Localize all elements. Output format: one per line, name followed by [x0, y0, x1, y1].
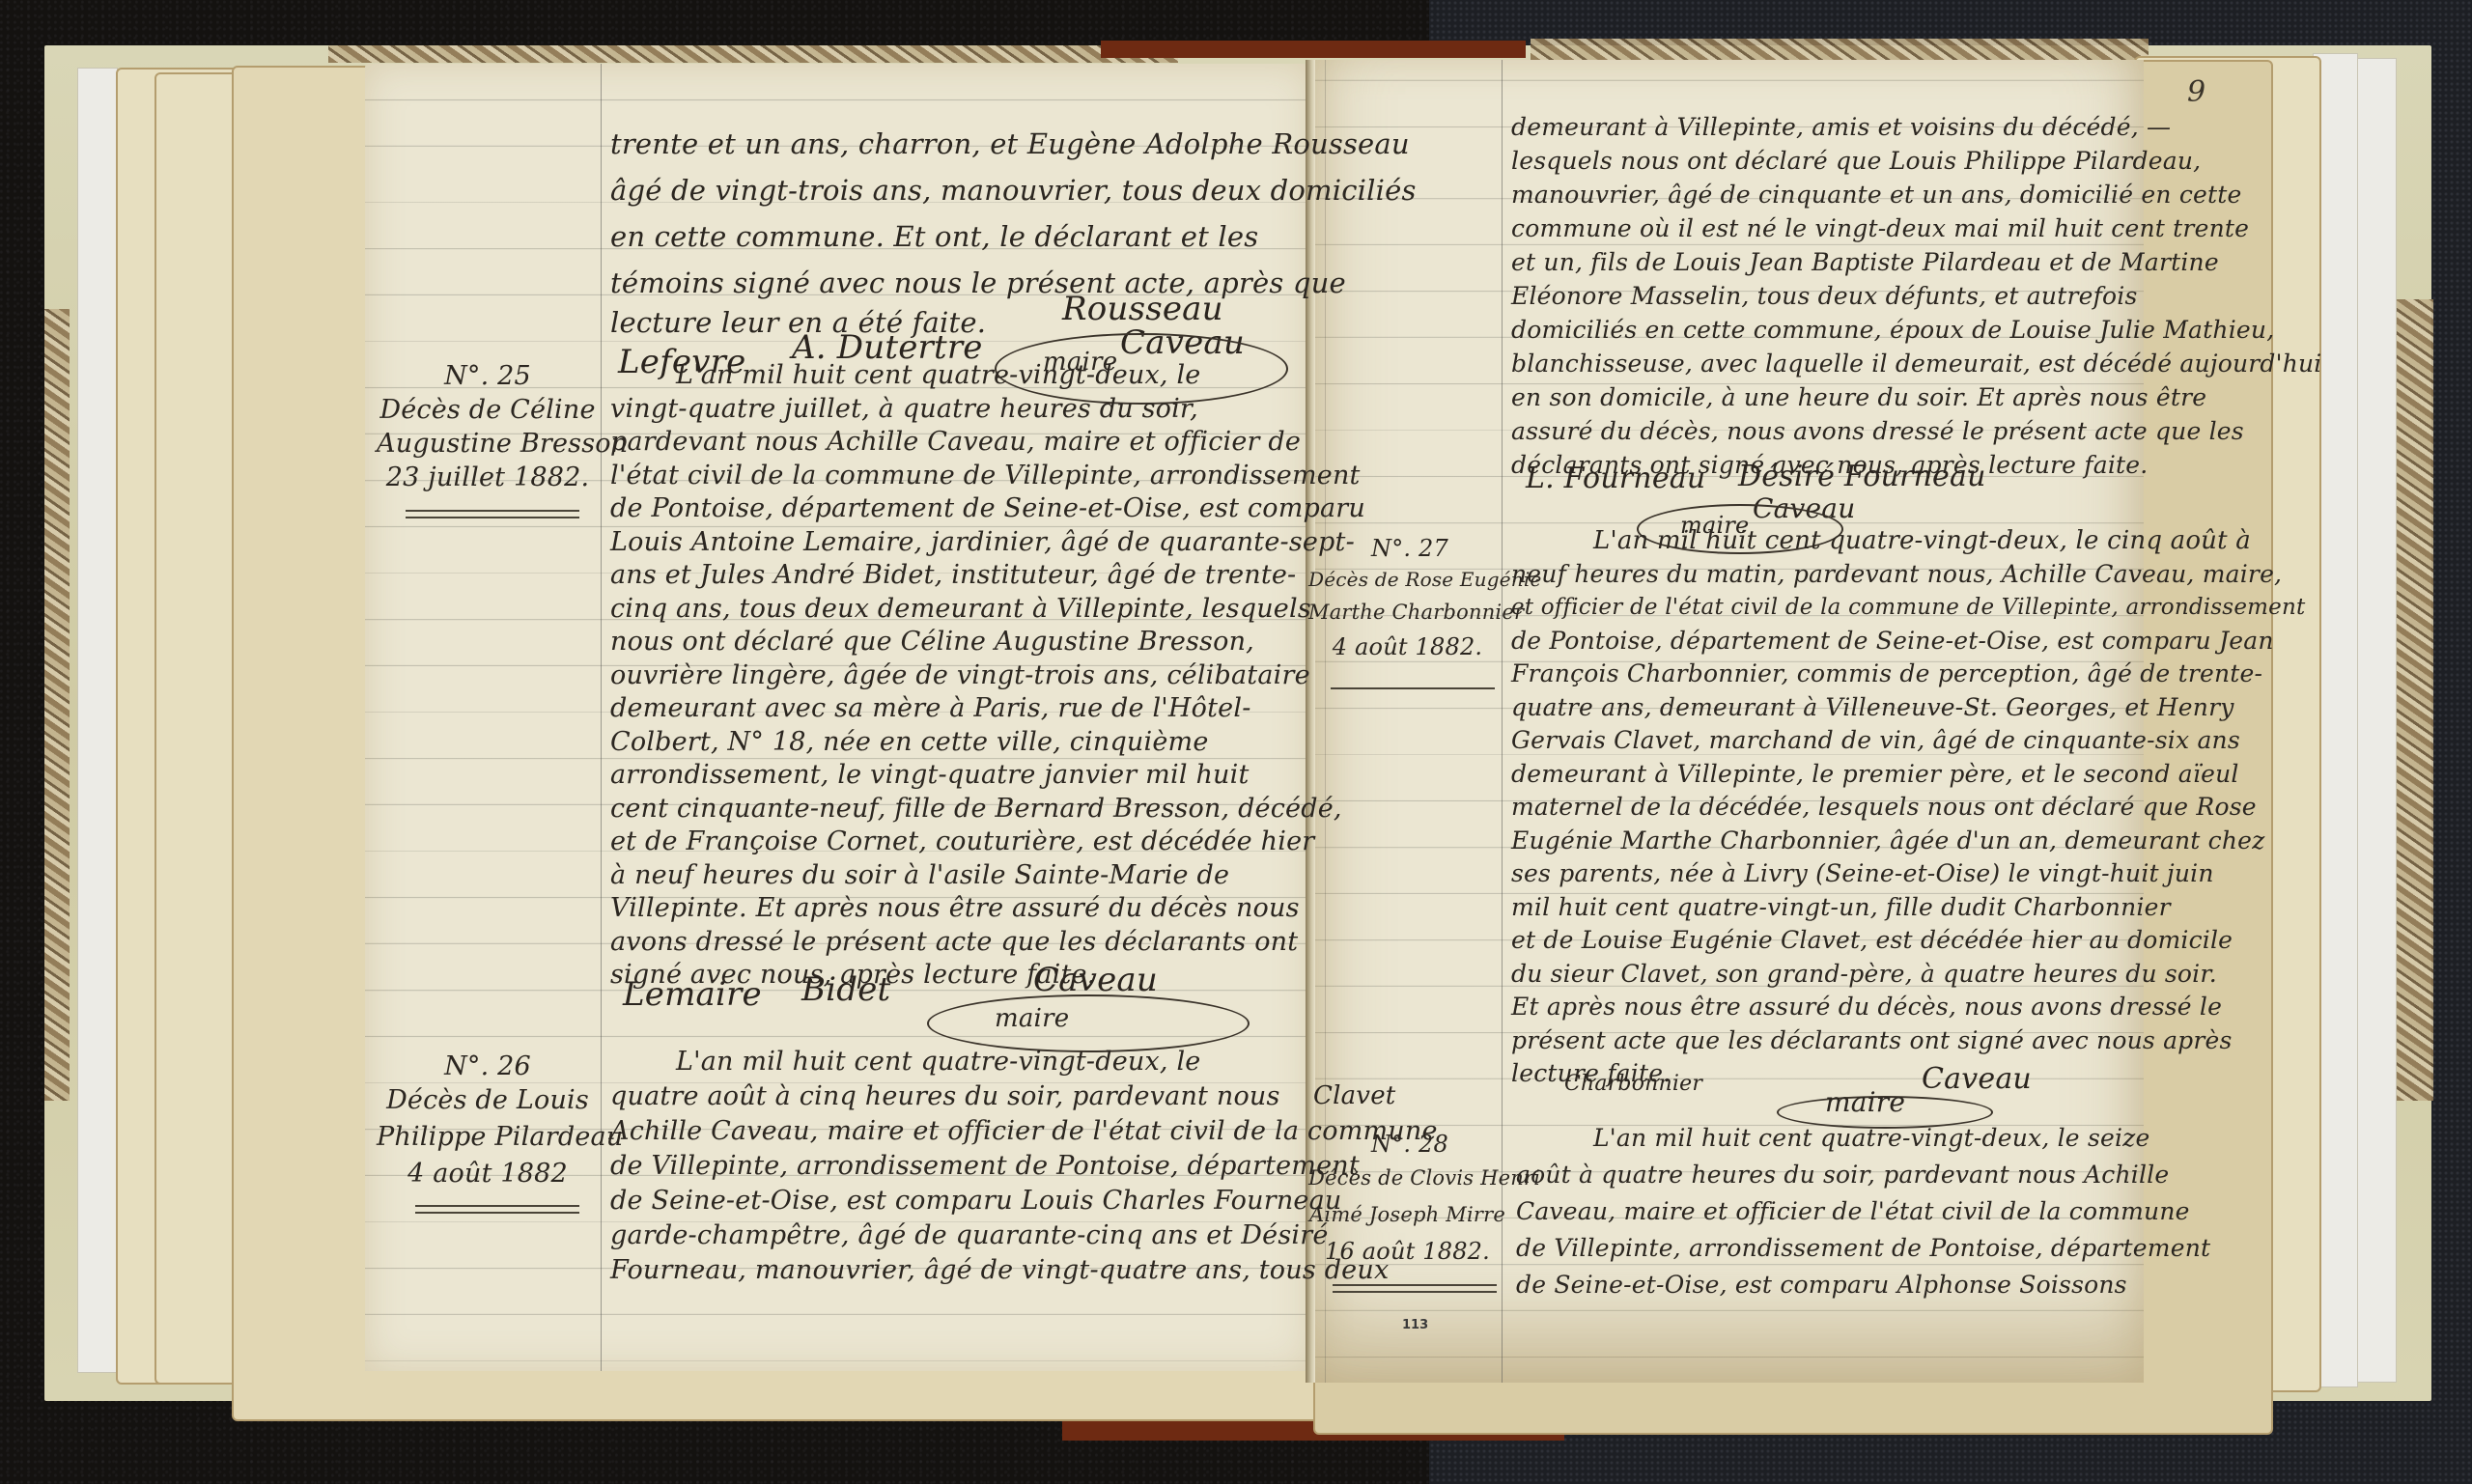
marbled-edge-top-right — [1531, 39, 2149, 60]
marbled-edge-right — [2395, 299, 2433, 1101]
text-line: L'an mil huit cent quatre-vingt-deux, le… — [1593, 1120, 2150, 1157]
marbled-edge-left — [44, 309, 70, 1101]
margin-title: Décès de Céline — [377, 391, 599, 430]
margin-date: 23 juillet 1882. — [377, 459, 599, 497]
entry-divider — [415, 1205, 579, 1214]
margin-title: Aimé Joseph Mirre — [1308, 1195, 1506, 1234]
mayor-title: maire — [1825, 1086, 1905, 1118]
text-line: Villepinte. Et après nous être assuré du… — [610, 892, 1300, 925]
signature-charbonnier: Charbonnier — [1564, 1072, 1702, 1096]
signature-l-fourneau: L. Fourneau — [1526, 462, 1705, 495]
entry-number: N°. 26 — [377, 1048, 599, 1086]
margin-date: 16 août 1882. — [1308, 1232, 1506, 1271]
signature-mayor: Caveau — [1922, 1062, 2032, 1096]
text-line: demeurant avec sa mère à Paris, rue de l… — [610, 692, 1251, 725]
endpaper-right-outer — [2356, 58, 2397, 1383]
text-line: manouvrier, âgé de cinquante et un ans, … — [1511, 176, 2242, 214]
text-line: Caveau, maire et officier de l'état civi… — [1516, 1193, 2190, 1230]
text-line: lesquels nous ont déclaré que Louis Phil… — [1511, 142, 2201, 181]
margin-title: Philippe Pilardeau — [377, 1118, 599, 1157]
text-line: de Villepinte, arrondissement de Pontois… — [610, 1149, 1360, 1184]
signature-rousseau: Rousseau — [1062, 290, 1223, 328]
text-line: domiciliés en cette commune, époux de Lo… — [1511, 311, 2274, 350]
text-line: de Seine-et-Oise, est comparu Louis Char… — [610, 1184, 1342, 1218]
mayor-title: maire — [995, 1004, 1069, 1033]
text-line: cent cinquante-neuf, fille de Bernard Br… — [610, 793, 1342, 826]
text-line: Eléonore Masselin, tous deux défunts, et… — [1511, 277, 2138, 316]
mayor-flourish — [927, 994, 1250, 1052]
page-number: 9 — [2187, 75, 2205, 109]
text-line: blanchisseuse, avec laquelle il demeurai… — [1511, 345, 2322, 383]
margin-title: Décès de Louis — [377, 1081, 599, 1120]
text-line: août à quatre heures du soir, pardevant … — [1516, 1157, 2169, 1193]
text-line: de Seine-et-Oise, est comparu Alphonse S… — [1516, 1267, 2127, 1303]
text-line: en son domicile, à une heure du soir. Et… — [1511, 378, 2206, 417]
folio-stamp: 113 — [1402, 1318, 1428, 1332]
text-line: arrondissement, le vingt-quatre janvier … — [610, 759, 1250, 792]
text-line: demeurant à Villepinte, amis et voisins … — [1511, 108, 2171, 147]
text-line: avons dressé le présent acte que les déc… — [610, 926, 1298, 959]
text-line: Fourneau, manouvrier, âgé de vingt-quatr… — [610, 1253, 1389, 1288]
text-line: assuré du décès, nous avons dressé le pr… — [1511, 412, 2244, 451]
endpaper-left — [77, 68, 118, 1373]
text-line: en cette commune. Et ont, le déclarant e… — [610, 213, 1258, 260]
marbled-edge-top-left — [328, 45, 1178, 63]
text-line: commune où il est né le vingt-deux mai m… — [1511, 210, 2249, 248]
text-line: L'an mil huit cent quatre-vingt-deux, le — [676, 1045, 1200, 1079]
signature-mayor: Caveau — [1033, 961, 1158, 999]
entry-divider — [406, 510, 579, 518]
text-line: L'an mil huit cent quatre-vingt-deux, le — [676, 359, 1200, 392]
left-margin-rule — [601, 64, 602, 1371]
text-line: l'état civil de la commune de Villepinte… — [610, 460, 1361, 492]
text-line: garde-champêtre, âgé de quarante-cinq an… — [610, 1218, 1329, 1253]
signature-desire-fourneau: Désiré Fourneau — [1738, 460, 1986, 493]
text-line: de Villepinte, arrondissement de Pontois… — [1516, 1230, 2210, 1267]
entry-number: N°. 25 — [377, 357, 599, 396]
margin-title: Décès de Clovis Henri — [1308, 1159, 1506, 1197]
text-line: ans et Jules André Bidet, instituteur, â… — [610, 559, 1296, 592]
text-line: trente et un ans, charron, et Eugène Ado… — [610, 121, 1410, 167]
margin-title: Marthe Charbonnier — [1308, 593, 1506, 631]
text-line: cinq ans, tous deux demeurant à Villepin… — [610, 593, 1311, 626]
signature-clavet: Clavet — [1313, 1081, 1395, 1110]
text-line: pardevant nous Achille Caveau, maire et … — [610, 426, 1301, 459]
text-line: Colbert, N° 18, née en cette ville, cinq… — [610, 726, 1209, 759]
entry-divider — [1333, 1284, 1497, 1293]
signature-bidet: Bidet — [801, 970, 890, 1009]
entry-divider — [1331, 687, 1495, 691]
spine-band-top — [1101, 41, 1526, 58]
margin-title: Augustine Bresson — [377, 425, 599, 463]
text-line: à neuf heures du soir à l'asile Sainte-M… — [610, 859, 1229, 892]
text-line: et un, fils de Louis Jean Baptiste Pilar… — [1511, 243, 2219, 282]
entry-number: N°. 28 — [1313, 1125, 1506, 1163]
margin-date: 4 août 1882. — [1308, 628, 1506, 666]
text-line: âgé de vingt-trois ans, manouvrier, tous… — [610, 167, 1417, 213]
text-line: nous ont déclaré que Céline Augustine Br… — [610, 626, 1254, 658]
text-line: de Pontoise, département de Seine-et-Ois… — [610, 492, 1365, 525]
text-line: ouvrière lingère, âgée de vingt-trois an… — [610, 659, 1310, 692]
text-line: quatre août à cinq heures du soir, parde… — [610, 1079, 1280, 1114]
text-line: Louis Antoine Lemaire, jardinier, âgé de… — [610, 526, 1355, 559]
text-line: vingt-quatre juillet, à quatre heures du… — [610, 393, 1198, 426]
signature-lemaire: Lemaire — [623, 975, 762, 1014]
text-line: et de Françoise Cornet, couturière, est … — [610, 826, 1314, 858]
margin-date: 4 août 1882 — [377, 1155, 599, 1193]
